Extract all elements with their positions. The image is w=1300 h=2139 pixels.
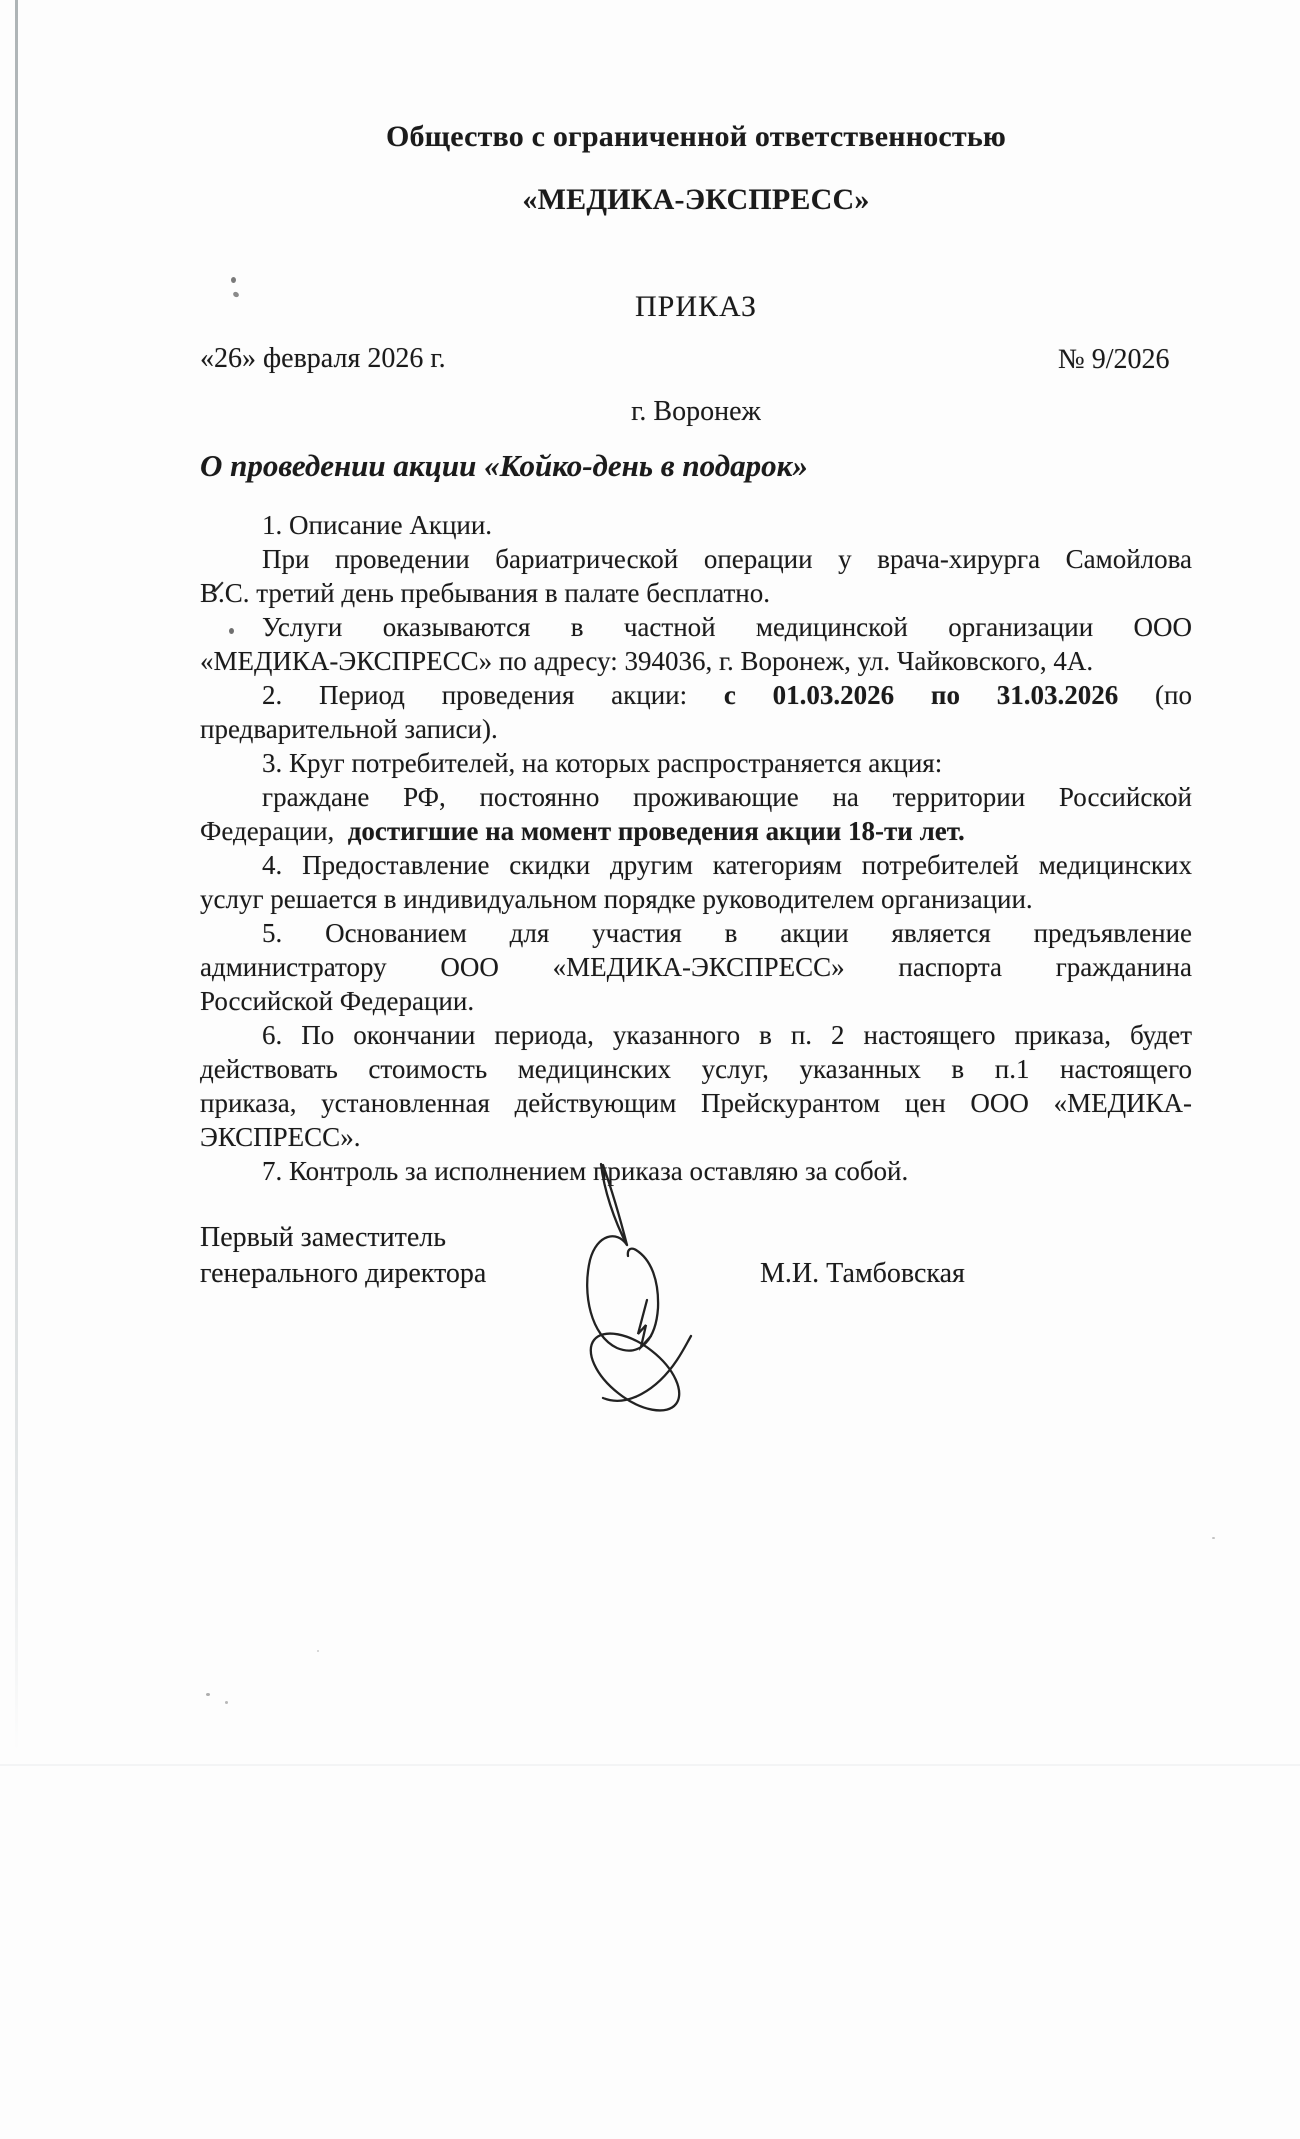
signature-lower-loop bbox=[577, 1319, 692, 1426]
document-type-title: ПРИКАЗ bbox=[200, 290, 1192, 324]
document-subject: О проведении акции «Койко-день в подарок… bbox=[200, 448, 808, 484]
body-line-5: «МЕДИКА-ЭКСПРЕСС» по адресу: 394036, г. … bbox=[200, 644, 1192, 678]
body-line-18: приказа, установленная действующим Прейс… bbox=[200, 1086, 1192, 1120]
body-line-10: Федерации, достигшие на момент проведени… bbox=[200, 814, 1192, 848]
body-line-13: 5. Основанием для участия в акции являет… bbox=[200, 916, 1192, 950]
body-text-bold: с 01.03.2026 по 31.03.2026 bbox=[724, 680, 1118, 710]
body-text: 2. Период проведения акции: bbox=[262, 680, 724, 710]
signature-upper-loop bbox=[587, 1236, 658, 1350]
body-text-bold: достигшие на момент проведения акции 18-… bbox=[348, 816, 965, 846]
scan-edge-line bbox=[15, 0, 18, 1752]
body-line-4: Услуги оказываются в частной медицинской… bbox=[200, 610, 1192, 644]
body-line-19: ЭКСПРЕСС». bbox=[200, 1120, 1192, 1154]
body-text: Федерации, bbox=[200, 816, 348, 846]
document-date: «26» февраля 2026 г. bbox=[200, 343, 446, 375]
document-city: г. Воронеж bbox=[200, 396, 1192, 428]
document-page: Общество с ограниченной ответственностью… bbox=[0, 0, 1300, 2139]
body-line-12: услуг решается в индивидуальном порядке … bbox=[200, 882, 1192, 916]
body-line-14: администратору ООО «МЕДИКА-ЭКСПРЕСС» пас… bbox=[200, 950, 1192, 984]
org-name-line2: «МЕДИКА-ЭКСПРЕСС» bbox=[200, 183, 1192, 217]
body-line-16: 6. По окончании периода, указанного в п.… bbox=[200, 1018, 1192, 1052]
body-line-9: граждане РФ, постоянно проживающие на те… bbox=[200, 780, 1192, 814]
scan-fold-line bbox=[0, 1764, 1300, 1766]
signature-spike bbox=[601, 1164, 627, 1245]
scan-speck bbox=[225, 1701, 228, 1704]
scan-speck bbox=[317, 1650, 319, 1652]
order-body: 1. Описание Акции. При проведении бариат… bbox=[200, 508, 1192, 1188]
body-line-7: предварительной записи). bbox=[200, 712, 1192, 746]
body-line-11: 4. Предоставление скидки другим категори… bbox=[200, 848, 1192, 882]
signer-position-line2: генерального директора bbox=[200, 1256, 486, 1292]
body-line-2: При проведении бариатрической операции у… bbox=[200, 542, 1192, 576]
body-line-1: 1. Описание Акции. bbox=[200, 508, 1192, 542]
document-number: № 9/2026 bbox=[1058, 344, 1170, 376]
scan-speck bbox=[231, 277, 236, 283]
org-name-line1: Общество с ограниченной ответственностью bbox=[200, 120, 1192, 154]
signer-name: М.И. Тамбовская bbox=[760, 1258, 965, 1290]
scan-speck bbox=[1212, 1537, 1215, 1539]
body-line-17: действовать стоимость медицинских услуг,… bbox=[200, 1052, 1192, 1086]
body-line-6: 2. Период проведения акции: с 01.03.2026… bbox=[200, 678, 1192, 712]
body-line-15: Российской Федерации. bbox=[200, 984, 1192, 1018]
signer-position-line1: Первый заместитель bbox=[200, 1220, 446, 1256]
scan-speck bbox=[206, 1693, 210, 1696]
body-text: (по bbox=[1118, 680, 1192, 710]
signature-scribble bbox=[575, 1150, 705, 1440]
body-line-8: 3. Круг потребителей, на которых распрос… bbox=[200, 746, 1192, 780]
body-line-3: В.С. третий день пребывания в палате бес… bbox=[200, 576, 1192, 610]
